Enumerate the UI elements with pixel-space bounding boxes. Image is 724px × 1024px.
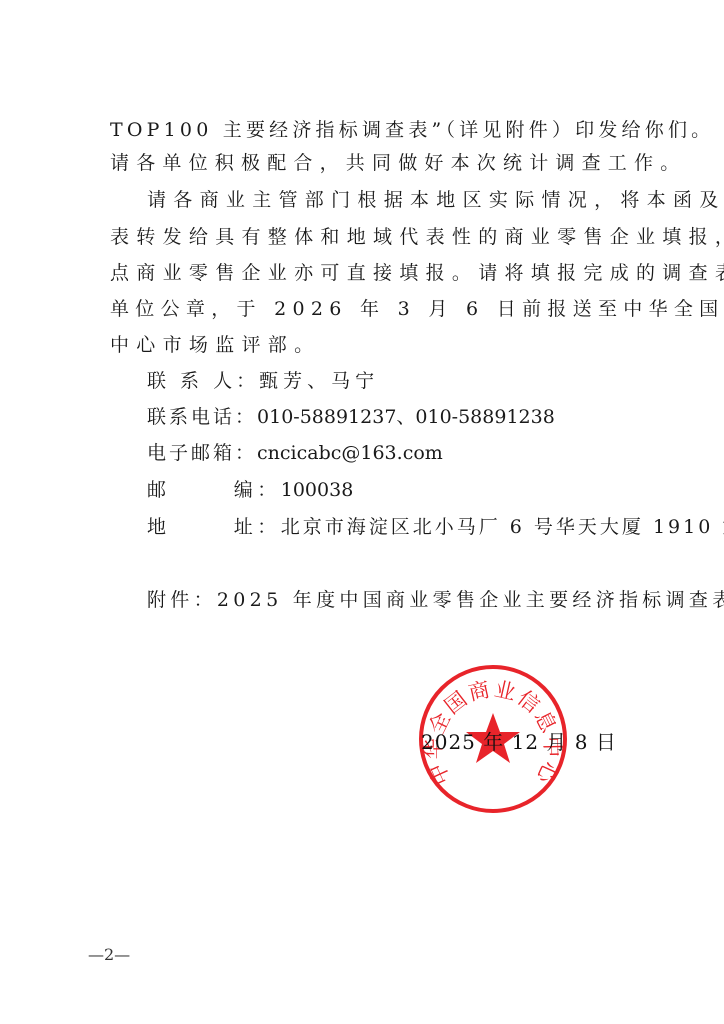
contact-person-row: 联 系 人：甄芳、马宁 xyxy=(147,369,379,393)
email-row: 电子邮箱：cncicabc@163.com xyxy=(147,441,443,465)
email-value: cncicabc@163.com xyxy=(257,442,443,464)
body-line: 请各单位积极配合，共同做好本次统计调查工作。 xyxy=(110,151,686,175)
postcode-value: 100038 xyxy=(281,479,354,501)
contact-person-label: 联 系 人： xyxy=(147,369,259,393)
body-line: 请各商业主管部门根据本地区实际情况，将本函及调查 xyxy=(147,188,724,212)
phone-row: 联系电话：010-58891237、010-58891238 xyxy=(147,405,555,429)
email-label: 电子邮箱： xyxy=(147,441,257,465)
signature-date: 2025 年 12 月 8 日 xyxy=(421,730,617,754)
postcode-label: 邮 编： xyxy=(147,478,281,502)
body-line: 中心市场监评部。 xyxy=(110,333,320,357)
page-number: —2— xyxy=(88,945,130,964)
attachment-line: 附件：2025 年度中国商业零售企业主要经济指标调查表 xyxy=(147,588,724,612)
phone-label: 联系电话： xyxy=(147,405,257,429)
phone-value: 010-58891237、010-58891238 xyxy=(257,406,555,428)
contact-person-value: 甄芳、马宁 xyxy=(259,370,379,392)
document-page: TOP100 主要经济指标调查表”（详见附件）印发给你们。 请各单位积极配合，共… xyxy=(0,0,724,1024)
address-value: 北京市海淀区北小马厂 6 号华天大厦 1910 室 xyxy=(281,516,724,538)
postcode-row: 邮 编：100038 xyxy=(147,478,353,502)
address-row: 地 址：北京市海淀区北小马厂 6 号华天大厦 1910 室 xyxy=(147,515,724,539)
body-line: 单位公章，于 2026 年 3 月 6 日前报送至中华全国商业信息 xyxy=(110,297,724,321)
body-line: 表转发给具有整体和地域代表性的商业零售企业填报，各重 xyxy=(110,225,724,249)
body-line: 点商业零售企业亦可直接填报。请将填报完成的调查表加盖 xyxy=(110,261,724,285)
body-line: TOP100 主要经济指标调查表”（详见附件）印发给你们。 xyxy=(110,118,714,142)
address-label: 地 址： xyxy=(147,515,281,539)
